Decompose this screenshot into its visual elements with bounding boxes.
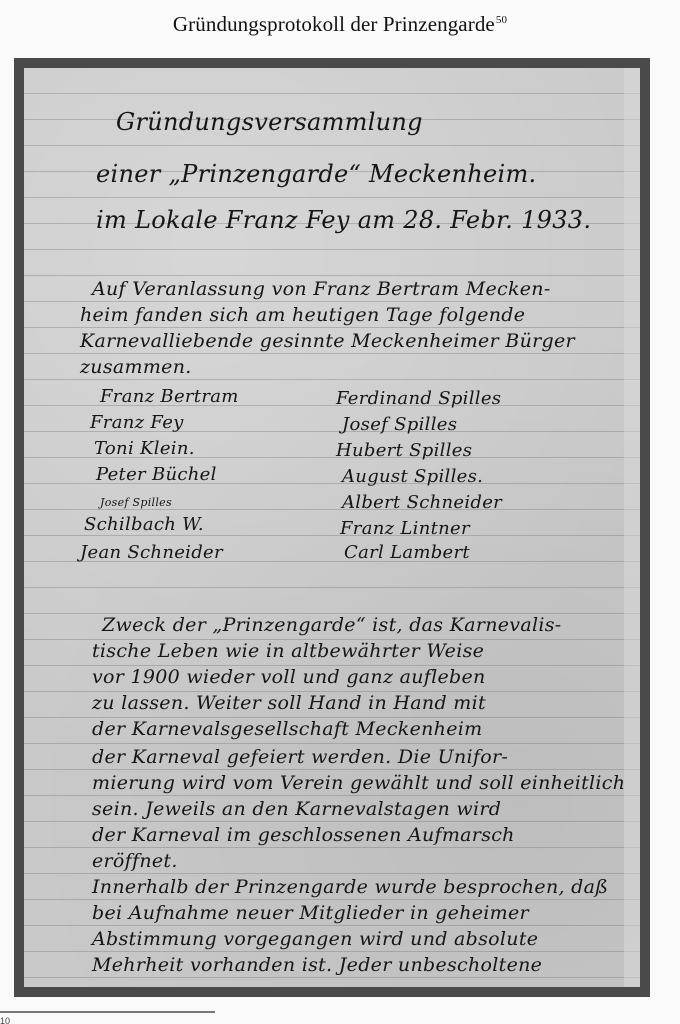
signature-left-4: Peter Büchel: [96, 464, 217, 485]
heading-line-3: im Lokale Franz Fey am 28. Febr. 1933.: [96, 206, 591, 234]
signature-left-1: Franz Bertram: [100, 386, 239, 407]
signature-right-4: August Spilles.: [342, 466, 483, 487]
signature-right-2: Josef Spilles: [342, 414, 457, 435]
purpose-line-3: vor 1900 wieder voll und ganz aufleben: [92, 666, 486, 688]
footnote-reference: 50: [496, 14, 507, 26]
purpose-line-8: sein. Jeweils an den Karnevalstagen wird: [92, 798, 501, 820]
purpose-line-4: zu lassen. Weiter soll Hand in Hand mit: [92, 692, 486, 714]
page-number: 10: [0, 1016, 10, 1024]
signature-left-3: Toni Klein.: [94, 438, 195, 459]
signature-right-3: Hubert Spilles: [336, 440, 472, 461]
signature-left-6: Schilbach W.: [84, 514, 204, 535]
closing-line-4: Mehrheit vorhanden ist. Jeder unbescholt…: [92, 954, 542, 976]
purpose-line-10: eröffnet.: [92, 850, 178, 872]
page-title: Gründungsprotokoll der Prinzengarde50: [0, 12, 680, 37]
signature-right-5: Albert Schneider: [342, 492, 502, 513]
page-title-text: Gründungsprotokoll der Prinzengarde: [173, 12, 495, 36]
purpose-line-6: der Karneval gefeiert werden. Die Unifor…: [92, 746, 508, 768]
purpose-line-7: mierung wird vom Verein gewählt und soll…: [92, 772, 625, 794]
closing-line-2: bei Aufnahme neuer Mitglieder in geheime…: [92, 902, 529, 924]
intro-line-3: Karnevalliebende gesinnte Meckenheimer B…: [80, 330, 575, 352]
signature-right-7: Carl Lambert: [344, 542, 470, 563]
handwritten-document: Gründungsversammlung einer „Prinzengarde…: [24, 68, 640, 987]
closing-line-1: Innerhalb der Prinzengarde wurde besproc…: [92, 876, 608, 898]
signature-right-6: Franz Lintner: [340, 518, 470, 539]
heading-line-2: einer „Prinzengarde“ Meckenheim.: [96, 160, 537, 188]
signature-left-2: Franz Fey: [90, 412, 184, 433]
intro-line-1: Auf Veranlassung von Franz Bertram Mecke…: [92, 278, 551, 300]
purpose-line-9: der Karneval im geschlossenen Aufmarsch: [92, 824, 515, 846]
document-frame: Gründungsversammlung einer „Prinzengarde…: [14, 58, 650, 997]
intro-line-2: heim fanden sich am heutigen Tage folgen…: [80, 304, 525, 326]
purpose-line-2: tische Leben wie in altbewährter Weise: [92, 640, 484, 662]
purpose-line-5: der Karnevalsgesellschaft Meckenheim: [92, 718, 482, 740]
heading-line-1: Gründungsversammlung: [116, 108, 423, 136]
signature-left-7: Jean Schneider: [80, 542, 223, 563]
paper-edge: [624, 68, 640, 987]
signature-right-1: Ferdinand Spilles: [336, 388, 501, 409]
purpose-line-1: Zweck der „Prinzengarde“ ist, das Karnev…: [102, 614, 561, 636]
signature-left-5: Josef Spilles: [100, 496, 172, 509]
closing-line-3: Abstimmung vorgegangen wird und absolute: [92, 928, 538, 950]
intro-line-4: zusammen.: [80, 356, 192, 378]
footnote-divider: [0, 1011, 215, 1013]
